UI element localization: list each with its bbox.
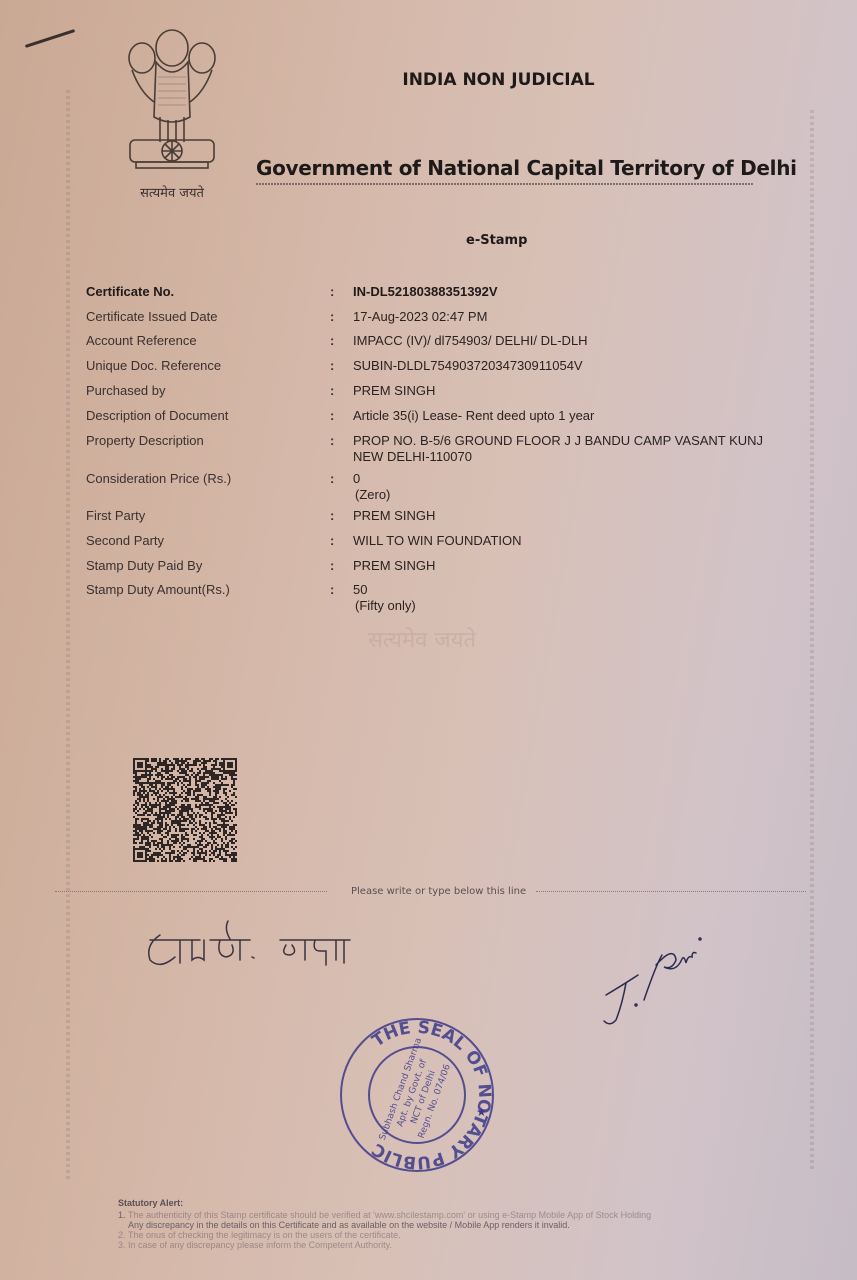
detail-value: WILL TO WIN FOUNDATION (353, 533, 793, 549)
detail-value: Article 35(i) Lease- Rent deed upto 1 ye… (353, 408, 793, 424)
detail-value: IN-DL52180388351392V (353, 284, 793, 300)
separator: : (330, 309, 334, 325)
detail-label: Description of Document (86, 408, 326, 424)
detail-value-line-2: (Fifty only) (353, 598, 793, 614)
alert-item-line: In case of any discrepancy please inform… (128, 1240, 718, 1250)
alert-item-line: The onus of checking the legitimacy is o… (128, 1230, 718, 1240)
detail-label: Certificate Issued Date (86, 309, 326, 325)
detail-value-line-2: NEW DELHI-110070 (353, 449, 793, 465)
government-name: Government of National Capital Territory… (256, 156, 797, 180)
separator: : (330, 408, 334, 424)
separator: : (330, 433, 334, 449)
detail-value: 50 (Fifty only) (353, 582, 793, 614)
detail-value-line-2: (Zero) (353, 487, 793, 503)
security-microtext-right (810, 110, 814, 1170)
state-emblem-icon (120, 22, 224, 182)
separator: : (330, 383, 334, 399)
detail-label: Consideration Price (Rs.) (86, 471, 326, 487)
alert-item-number: 1. (118, 1210, 126, 1220)
separator: : (330, 582, 334, 598)
microtext-underline (256, 183, 753, 185)
detail-value-line-1: PROP NO. B-5/6 GROUND FLOOR J J BANDU CA… (353, 433, 793, 449)
separator: : (330, 508, 334, 524)
detail-label: Property Description (86, 433, 326, 449)
write-below-line-label: Please write or type below this line (351, 886, 526, 897)
detail-label: Purchased by (86, 383, 326, 399)
seal-star-icon: ★ (476, 1105, 487, 1119)
detail-value: PREM SINGH (353, 558, 793, 574)
detail-value: 17-Aug-2023 02:47 PM (353, 309, 793, 325)
signature-second-party (596, 925, 706, 1035)
security-microtext-left (66, 90, 70, 1180)
pen-mark (25, 29, 75, 48)
document-type: e-Stamp (466, 233, 527, 248)
separator: : (330, 358, 334, 374)
detail-label: First Party (86, 508, 326, 524)
detail-value: 0 (Zero) (353, 471, 793, 503)
detail-value: PREM SINGH (353, 383, 793, 399)
statutory-alert-item: 3. In case of any discrepancy please inf… (118, 1240, 718, 1250)
qr-code-icon (133, 758, 237, 864)
detail-value: PROP NO. B-5/6 GROUND FLOOR J J BANDU CA… (353, 433, 793, 465)
statutory-alert-heading: Statutory Alert: (118, 1198, 718, 1208)
detail-label: Second Party (86, 533, 326, 549)
e-stamp-document: सत्यमेव जयते INDIA NON JUDICIAL Governme… (0, 0, 857, 1280)
detail-label: Unique Doc. Reference (86, 358, 326, 374)
alert-item-number: 2. (118, 1230, 126, 1240)
detail-label: Stamp Duty Amount(Rs.) (86, 582, 326, 598)
detail-label: Certificate No. (86, 284, 326, 300)
statutory-alert-item: 2. The onus of checking the legitimacy i… (118, 1230, 718, 1240)
detail-value-line-1: 50 (353, 582, 793, 598)
notary-seal: THE SEAL OF NOTARY PUBLIC Subhash Chand … (336, 1014, 498, 1176)
emblem-motto: सत्यमेव जयते (120, 183, 224, 201)
detail-value-line-1: 0 (353, 471, 793, 487)
detail-value: SUBIN-DLDL75490372034730911054V (353, 358, 793, 374)
separator: : (330, 333, 334, 349)
signature-first-party (140, 915, 360, 975)
document-title: INDIA NON JUDICIAL (0, 70, 857, 90)
detail-label: Stamp Duty Paid By (86, 558, 326, 574)
watermark-motto: सत्यमेव जयते (368, 624, 476, 654)
write-below-line-left (55, 891, 327, 892)
statutory-alert: Statutory Alert: 1. The authenticity of … (118, 1198, 718, 1250)
separator: : (330, 533, 334, 549)
detail-value: PREM SINGH (353, 508, 793, 524)
separator: : (330, 471, 334, 487)
statutory-alert-item: 1. The authenticity of this Stamp certif… (118, 1210, 718, 1230)
separator: : (330, 284, 334, 300)
detail-label: Account Reference (86, 333, 326, 349)
alert-item-number: 3. (118, 1240, 126, 1250)
alert-item-line: The authenticity of this Stamp certifica… (128, 1210, 718, 1220)
detail-value: IMPACC (IV)/ dl754903/ DELHI/ DL-DLH (353, 333, 793, 349)
alert-item-line: Any discrepancy in the details on this C… (128, 1220, 718, 1230)
write-below-line-right (536, 891, 806, 892)
separator: : (330, 558, 334, 574)
